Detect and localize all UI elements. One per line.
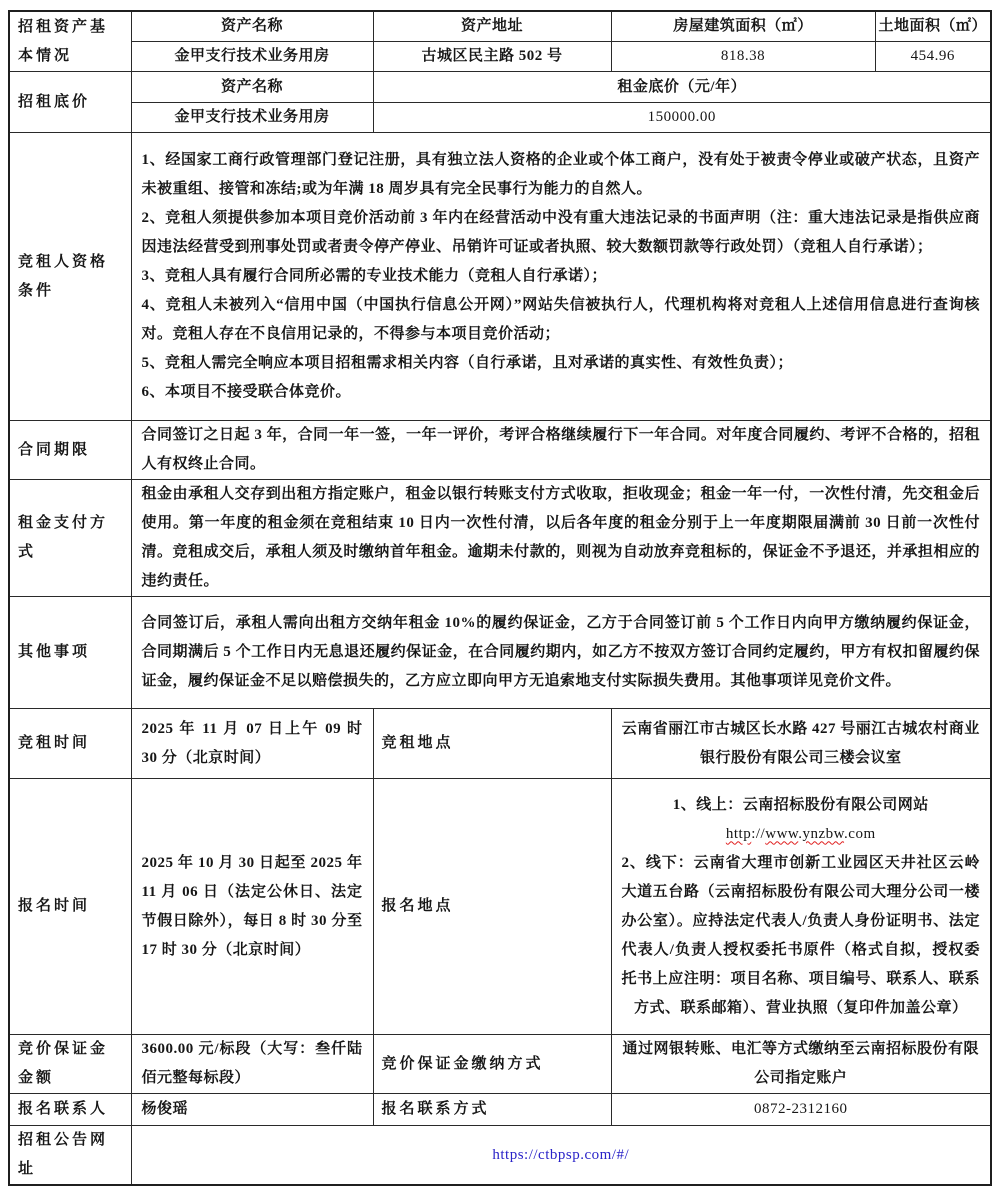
url-part-sep1: :// — [751, 826, 765, 842]
url-part-com: com — [848, 826, 875, 842]
floor-price-asset-name-value: 金甲支行技术业务用房 — [131, 103, 373, 133]
other-matters-row: 其他事项 合同签订后，承租人需向出租方交纳年租金 10%的履约保证金，乙方于合同… — [9, 597, 991, 709]
other-matters-row-label: 其他事项 — [9, 597, 131, 709]
contact-row: 报名联系人 杨俊瑶 报名联系方式 0872-2312160 — [9, 1094, 991, 1126]
qualification-item-1: 1、经国家工商行政管理部门登记注册，具有独立法人资格的企业或个体工商户，没有处于… — [142, 146, 981, 204]
bid-time-value: 2025 年 11 月 07 日上午 09 时 30 分（北京时间） — [131, 709, 373, 779]
deposit-method-value: 通过网银转账、电汇等方式缴纳至云南招标股份有限公司指定账户 — [611, 1035, 991, 1094]
asset-address-header: 资产地址 — [373, 11, 611, 42]
land-area-value: 454.96 — [875, 42, 991, 72]
asset-address-value: 古城区民主路 502 号 — [373, 42, 611, 72]
contact-phone-value: 0872-2312160 — [611, 1094, 991, 1126]
payment-method-text: 租金由承租人交存到出租方指定账户，租金以银行转账支付方式收取，拒收现金；租金一年… — [131, 480, 991, 597]
contact-name: 杨俊瑶 — [131, 1094, 373, 1126]
deposit-row: 竞价保证金金额 3600.00 元/标段（大写：叁仟陆佰元整每标段） 竞价保证金… — [9, 1035, 991, 1094]
signup-time-value: 2025 年 10 月 30 日起至 2025 年 11 月 06 日（法定公休… — [131, 779, 373, 1035]
deposit-value: 3600.00 元/标段（大写：叁仟陆佰元整每标段） — [131, 1035, 373, 1094]
url-part-http: http — [726, 826, 751, 842]
qualification-item-2: 2、竞租人须提供参加本项目竞价活动前 3 年内在经营活动中没有重大违法记录的书面… — [142, 204, 981, 262]
contact-row-label: 报名联系人 — [9, 1094, 131, 1126]
contact-phone-label: 报名联系方式 — [373, 1094, 611, 1126]
announcement-row: 招租公告网址 https://ctbpsp.com/#/ — [9, 1126, 991, 1186]
floor-price-value-row: 金甲支行技术业务用房 150000.00 — [9, 103, 991, 133]
deposit-row-label: 竞价保证金金额 — [9, 1035, 131, 1094]
contract-term-text: 合同签订之日起 3 年，合同一年一签，一年一评价，考评合格继续履行下一年合同。对… — [131, 421, 991, 480]
payment-method-row-label: 租金支付方式 — [9, 480, 131, 597]
announcement-url-link[interactable]: https://ctbpsp.com/#/ — [492, 1147, 629, 1163]
url-part-www: www — [765, 826, 798, 842]
basic-info-row-label: 招租资产基本情况 — [9, 11, 131, 72]
announcement-row-label: 招租公告网址 — [9, 1126, 131, 1186]
floor-price-row-label: 招租底价 — [9, 72, 131, 133]
asset-name-value: 金甲支行技术业务用房 — [131, 42, 373, 72]
deposit-method-label: 竞价保证金缴纳方式 — [373, 1035, 611, 1094]
land-area-header: 土地面积（㎡） — [875, 11, 991, 42]
bid-place-value: 云南省丽江市古城区长水路 427 号丽江古城农村商业银行股份有限公司三楼会议室 — [611, 709, 991, 779]
qualification-row-label: 竞租人资格条件 — [9, 133, 131, 421]
basic-info-header-row: 招租资产基本情况 资产名称 资产地址 房屋建筑面积（㎡） 土地面积（㎡） — [9, 11, 991, 42]
contract-term-row: 合同期限 合同签订之日起 3 年，合同一年一签，一年一评价，考评合格继续履行下一… — [9, 421, 991, 480]
bid-time-row-label: 竞租时间 — [9, 709, 131, 779]
announcement-url-cell: https://ctbpsp.com/#/ — [131, 1126, 991, 1186]
signup-place-label: 报名地点 — [373, 779, 611, 1035]
asset-name-header: 资产名称 — [131, 11, 373, 42]
signup-time-row-label: 报名时间 — [9, 779, 131, 1035]
signup-online-line: 1、线上：云南招标股份有限公司网站 — [622, 791, 981, 820]
floor-price-value: 150000.00 — [373, 103, 991, 133]
payment-method-row: 租金支付方式 租金由承租人交存到出租方指定账户，租金以银行转账支付方式收取，拒收… — [9, 480, 991, 597]
basic-info-value-row: 金甲支行技术业务用房 古城区民主路 502 号 818.38 454.96 — [9, 42, 991, 72]
qualification-row: 竞租人资格条件 1、经国家工商行政管理部门登记注册，具有独立法人资格的企业或个体… — [9, 133, 991, 421]
url-part-ynzbw: ynzbw — [803, 826, 845, 842]
floor-price-asset-name-header: 资产名称 — [131, 72, 373, 103]
building-area-value: 818.38 — [611, 42, 875, 72]
signup-place-content: 1、线上：云南招标股份有限公司网站 http://www.ynzbw.com 2… — [611, 779, 991, 1035]
floor-price-header: 租金底价（元/年） — [373, 72, 991, 103]
signup-offline-line: 2、线下：云南省大理市创新工业园区天井社区云岭大道五台路（云南招标股份有限公司大… — [622, 849, 981, 1023]
contract-term-row-label: 合同期限 — [9, 421, 131, 480]
signup-online-url: http://www.ynzbw.com — [622, 820, 981, 849]
qualification-item-4: 4、竞租人未被列入“信用中国（中国执行信息公开网）”网站失信被执行人，代理机构将… — [142, 291, 981, 349]
qualification-item-5: 5、竞租人需完全响应本项目招租需求相关内容（自行承诺，且对承诺的真实性、有效性负… — [142, 349, 981, 378]
qualification-item-3: 3、竞租人具有履行合同所必需的专业技术能力（竞租人自行承诺）； — [142, 262, 981, 291]
bid-time-row: 竞租时间 2025 年 11 月 07 日上午 09 时 30 分（北京时间） … — [9, 709, 991, 779]
qualification-content: 1、经国家工商行政管理部门登记注册，具有独立法人资格的企业或个体工商户，没有处于… — [131, 133, 991, 421]
rental-announcement-table: 招租资产基本情况 资产名称 资产地址 房屋建筑面积（㎡） 土地面积（㎡） 金甲支… — [8, 10, 992, 1186]
bid-place-label: 竞租地点 — [373, 709, 611, 779]
floor-price-header-row: 招租底价 资产名称 租金底价（元/年） — [9, 72, 991, 103]
signup-row: 报名时间 2025 年 10 月 30 日起至 2025 年 11 月 06 日… — [9, 779, 991, 1035]
building-area-header: 房屋建筑面积（㎡） — [611, 11, 875, 42]
other-matters-text: 合同签订后，承租人需向出租方交纳年租金 10%的履约保证金，乙方于合同签订前 5… — [131, 597, 991, 709]
qualification-item-6: 6、本项目不接受联合体竞价。 — [142, 378, 981, 407]
